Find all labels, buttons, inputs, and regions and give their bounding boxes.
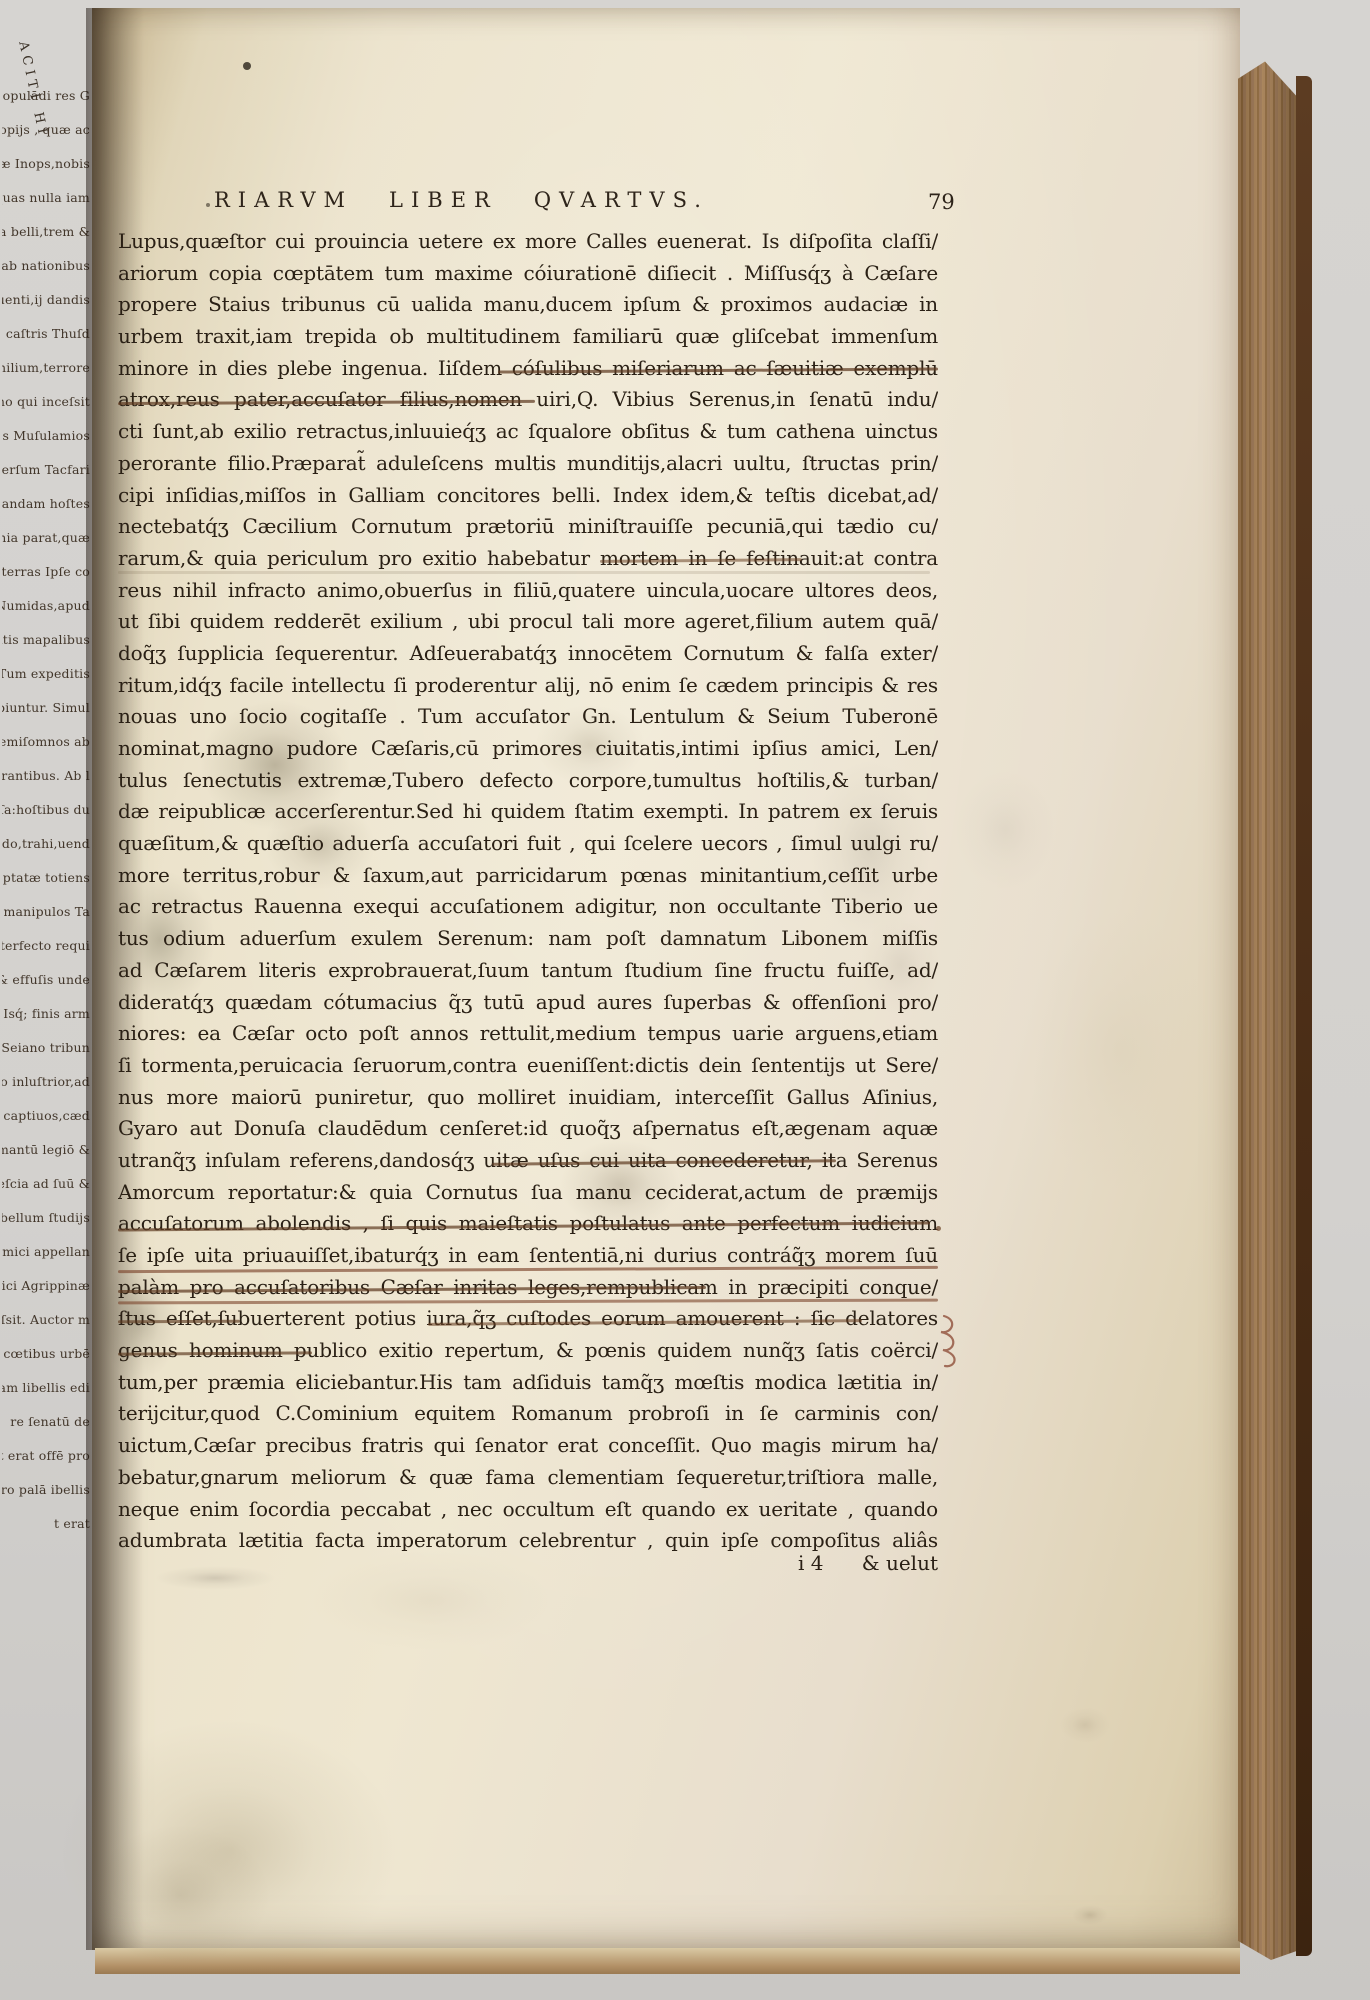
- facing-page-line-fragment: ant atq; amici Agrippinæ: [2, 1278, 90, 1293]
- running-header-word: LIBER: [389, 188, 498, 212]
- facing-page-line-fragment: o incurſu confœdandam hoſtes: [2, 496, 90, 511]
- facing-page-line-fragment: ormæ Inops,nobis: [2, 156, 90, 171]
- book-photograph: ocius populādi res Gbus copijs , quæ aco…: [0, 0, 1370, 2000]
- body-text-line: tus odium aduerſum exulem Serenum: nam p…: [118, 923, 938, 955]
- body-text-line: nectebatq́ʒ Cæcilium Cornutum prætoriū m…: [118, 511, 938, 543]
- facing-page-line-fragment: re ſenatū de: [2, 1414, 90, 1429]
- facing-page-line-fragment: es,poſitisq́; caſtris Thuſd: [2, 326, 90, 341]
- body-text-line: reus nihil infracto animo,obuerſus in fi…: [118, 575, 938, 607]
- facing-page-line-fragment: nequaq; primo qui inceſsit: [2, 394, 90, 409]
- body-text-line: ariorum copia cœptātem tum maxime cóiura…: [118, 258, 938, 290]
- facing-page-line-fragment: & Garamantū legiō: [2, 1142, 90, 1157]
- facing-page-line-fragment: o agmine rapiuntur. Simul: [2, 700, 90, 715]
- body-text-line: more territus,robur & ſaxum,aut parricid…: [118, 860, 938, 892]
- facing-page-line-fragment: orū quos ne ſegnia parat,quæ: [2, 530, 90, 545]
- facing-page-line-fragment: um filio,& effuſis unde: [2, 972, 90, 987]
- facing-page-line-fragment: ideles optatæ totiens: [2, 870, 90, 885]
- facing-page-line-fragment: bis pro palam libellis edi: [2, 1380, 90, 1395]
- body-text-line: nus more maiorū puniretur, quo molliret …: [118, 1082, 938, 1114]
- facing-page-line-fragment: ti,ſimul principes Muſulamios: [2, 428, 90, 443]
- facing-page-line-fragment: audabant. Tum expeditis: [2, 666, 90, 681]
- body-text-line: doq̃ʒ ſupplicia ſequerentur. Adſeuerabat…: [118, 638, 938, 670]
- facing-page-line-fragment: t erat: [2, 1516, 90, 1531]
- facing-page-line-fragment: & incerta belli,trem: [2, 224, 90, 239]
- body-text-line: uictum,Cæſar precibus fratris qui ſenato…: [118, 1430, 938, 1462]
- facing-page-gutter-edge: ocius populādi res Gbus copijs , quæ aco…: [0, 38, 97, 1913]
- catchword: & uelut: [820, 1551, 938, 1575]
- paper-stain: [155, 1566, 275, 1590]
- ink-strike-line: [118, 571, 930, 574]
- facing-page-line-fragment: fertur Numidas,apud: [2, 598, 90, 613]
- body-text-line: bebatur,gnarum meliorum & quæ fama cleme…: [118, 1462, 938, 1494]
- book-cover-edge: [1296, 76, 1312, 1956]
- book-fore-edge-pages: [1238, 52, 1298, 1960]
- body-text-block: Lupus,quæſtor cui prouincia uetere ex mo…: [118, 226, 938, 1557]
- facing-page-line-fragment: o prouiſa:hoſtibus du: [2, 802, 90, 817]
- facing-page-line-fragment: e circumuenti,ij dandis: [2, 292, 90, 307]
- ink-speck: [936, 1226, 941, 1231]
- ink-speck: [243, 62, 251, 70]
- body-text-line: Amorcum reportatur:& quia Cornutus ſua m…: [118, 1177, 938, 1209]
- body-text-line: terijcitur,quod C.Cominium equitem Roman…: [118, 1398, 938, 1430]
- facing-page-line-fragment: Adelch.Maurorum,terras Ipſe co: [2, 564, 90, 579]
- body-text-line: niores: ea Cæſar octo poſt annos rettuli…: [118, 1018, 938, 1050]
- body-text-line: Gyaro aut Donuſa claudēdum cenſeret:id q…: [118, 1113, 938, 1145]
- body-text-line: urbem traxit,iam trepida ob multitudinem…: [118, 321, 938, 353]
- facing-page-line-fragment: & culpæ neſcia ad ſuū: [2, 1176, 90, 1191]
- body-text-line: ſi tormenta,peruicacia ſeruorum,contra e…: [118, 1050, 938, 1082]
- marginal-ink-squiggle: [936, 1310, 982, 1372]
- body-text-line: nominat,magno pudore Cæſaris,cū primores…: [118, 733, 938, 765]
- facing-page-line-fragment: um modo,trahi,uend: [2, 836, 90, 851]
- body-text-line: propere Staius tribunus cū ualida manu,d…: [118, 289, 938, 321]
- running-header: RIARVM LIBER QVARTVS.: [214, 188, 709, 212]
- facing-page-line-fragment: ijs quoq; ab nationibus: [2, 258, 90, 273]
- facing-page-line-fragment: fors oppreſsit. Auctor m: [2, 1312, 90, 1327]
- body-text-line: dideratq́ʒ quædam cótumacius q̃ʒ tutū ap…: [118, 987, 938, 1019]
- paper-stain: [955, 770, 1055, 890]
- facing-page-line-fragment: pionē ad nū amici appellan: [2, 1244, 90, 1259]
- facing-page-line-fragment: duce interfecto requi: [2, 938, 90, 953]
- body-text-line: neque enim ſocordia peccabat , nec occul…: [118, 1494, 938, 1526]
- facing-page-line-fragment: ur per manipulos Ta: [2, 904, 90, 919]
- facing-page-line-fragment: s ideo inluſtrior,ad: [2, 1074, 90, 1089]
- body-text-line: dæ reipublicæ accerſerentur.Sed hi quide…: [118, 796, 938, 828]
- body-text-line: cipi inſidias,miſſos in Galliam concitor…: [118, 480, 938, 512]
- facing-page-line-fragment: i per id bellum ſtudijs: [2, 1210, 90, 1225]
- running-header-word: QVARTVS.: [534, 188, 709, 212]
- body-text-line: perorante filio.Præparat̃ aduleſcens mul…: [118, 448, 938, 480]
- facing-page-line-fragment: ocius populādi res G: [2, 88, 90, 103]
- paper-stain: [90, 1825, 270, 1965]
- running-header-word: RIARVM: [214, 188, 353, 212]
- facing-page-line-fragment: is pro palā ibellis: [2, 1482, 90, 1497]
- paper-stain: [1072, 1905, 1108, 1925]
- body-text-line: ad Cæſarem literis exprobrauerat,ſuum ta…: [118, 955, 938, 987]
- facing-page-line-fragment: e aderant ſemiſomnos ab: [2, 734, 90, 749]
- facing-page-line-fragment: es,primo cœtibus urbē: [2, 1346, 90, 1361]
- body-text-line: Lupus,quæſtor cui prouincia uetere ex mo…: [118, 226, 938, 258]
- body-text-line: ritum,idq́ʒ facile intellectu ſi prodere…: [118, 670, 938, 702]
- body-text-line: cti ſunt,ab exilio retractus,inluuieq́ʒ …: [118, 416, 938, 448]
- facing-page-line-fragment: o geſtas,quas nulla iam: [2, 190, 90, 205]
- body-text-line: tum,per præmia eliciebantur.His tam adſi…: [118, 1367, 938, 1399]
- facing-page-line-fragment: berius,Seiano tribun: [2, 1040, 90, 1055]
- body-text-line: ac retractus Rauenna exequi accuſationem…: [118, 891, 938, 923]
- facing-page-line-fragment: u,inſignis captiuos,cæd: [2, 1108, 90, 1123]
- facing-page-line-fragment: ſsis pererrantibus. Ab l: [2, 768, 90, 783]
- body-text-line: nouas uno ſocio cogitaſſe . Tum accuſato…: [118, 701, 938, 733]
- paper-stain: [1060, 1707, 1110, 1743]
- body-text-line: ut ſibi quidem redderēt exilium , ubi pr…: [118, 606, 938, 638]
- facing-page-line-fragment: uod erat milium,terrore: [2, 360, 90, 375]
- paper-stain: [1030, 910, 1210, 1190]
- page-number: 79: [928, 190, 955, 214]
- paper-stain: [310, 1550, 550, 1650]
- facing-page-line-fragment: ierat. Et erat offē pro: [2, 1448, 90, 1463]
- body-text-line: quæſitum,& quæſtio aduerſa accuſatori fu…: [118, 828, 938, 860]
- body-text-line: rarum,& quia periculum pro exitio habeba…: [118, 543, 938, 575]
- facing-page-line-fragment: re effugit. Isq́; finis arm: [2, 1006, 90, 1021]
- facing-page-line-fragment: ia pluribus aduerſum Tacfari: [2, 462, 90, 477]
- facing-page-line-fragment: ntem Aurzea,poſitis mapalibus: [2, 632, 90, 647]
- body-text-line: tulus ſenectutis extremæ,Tubero defecto …: [118, 765, 938, 797]
